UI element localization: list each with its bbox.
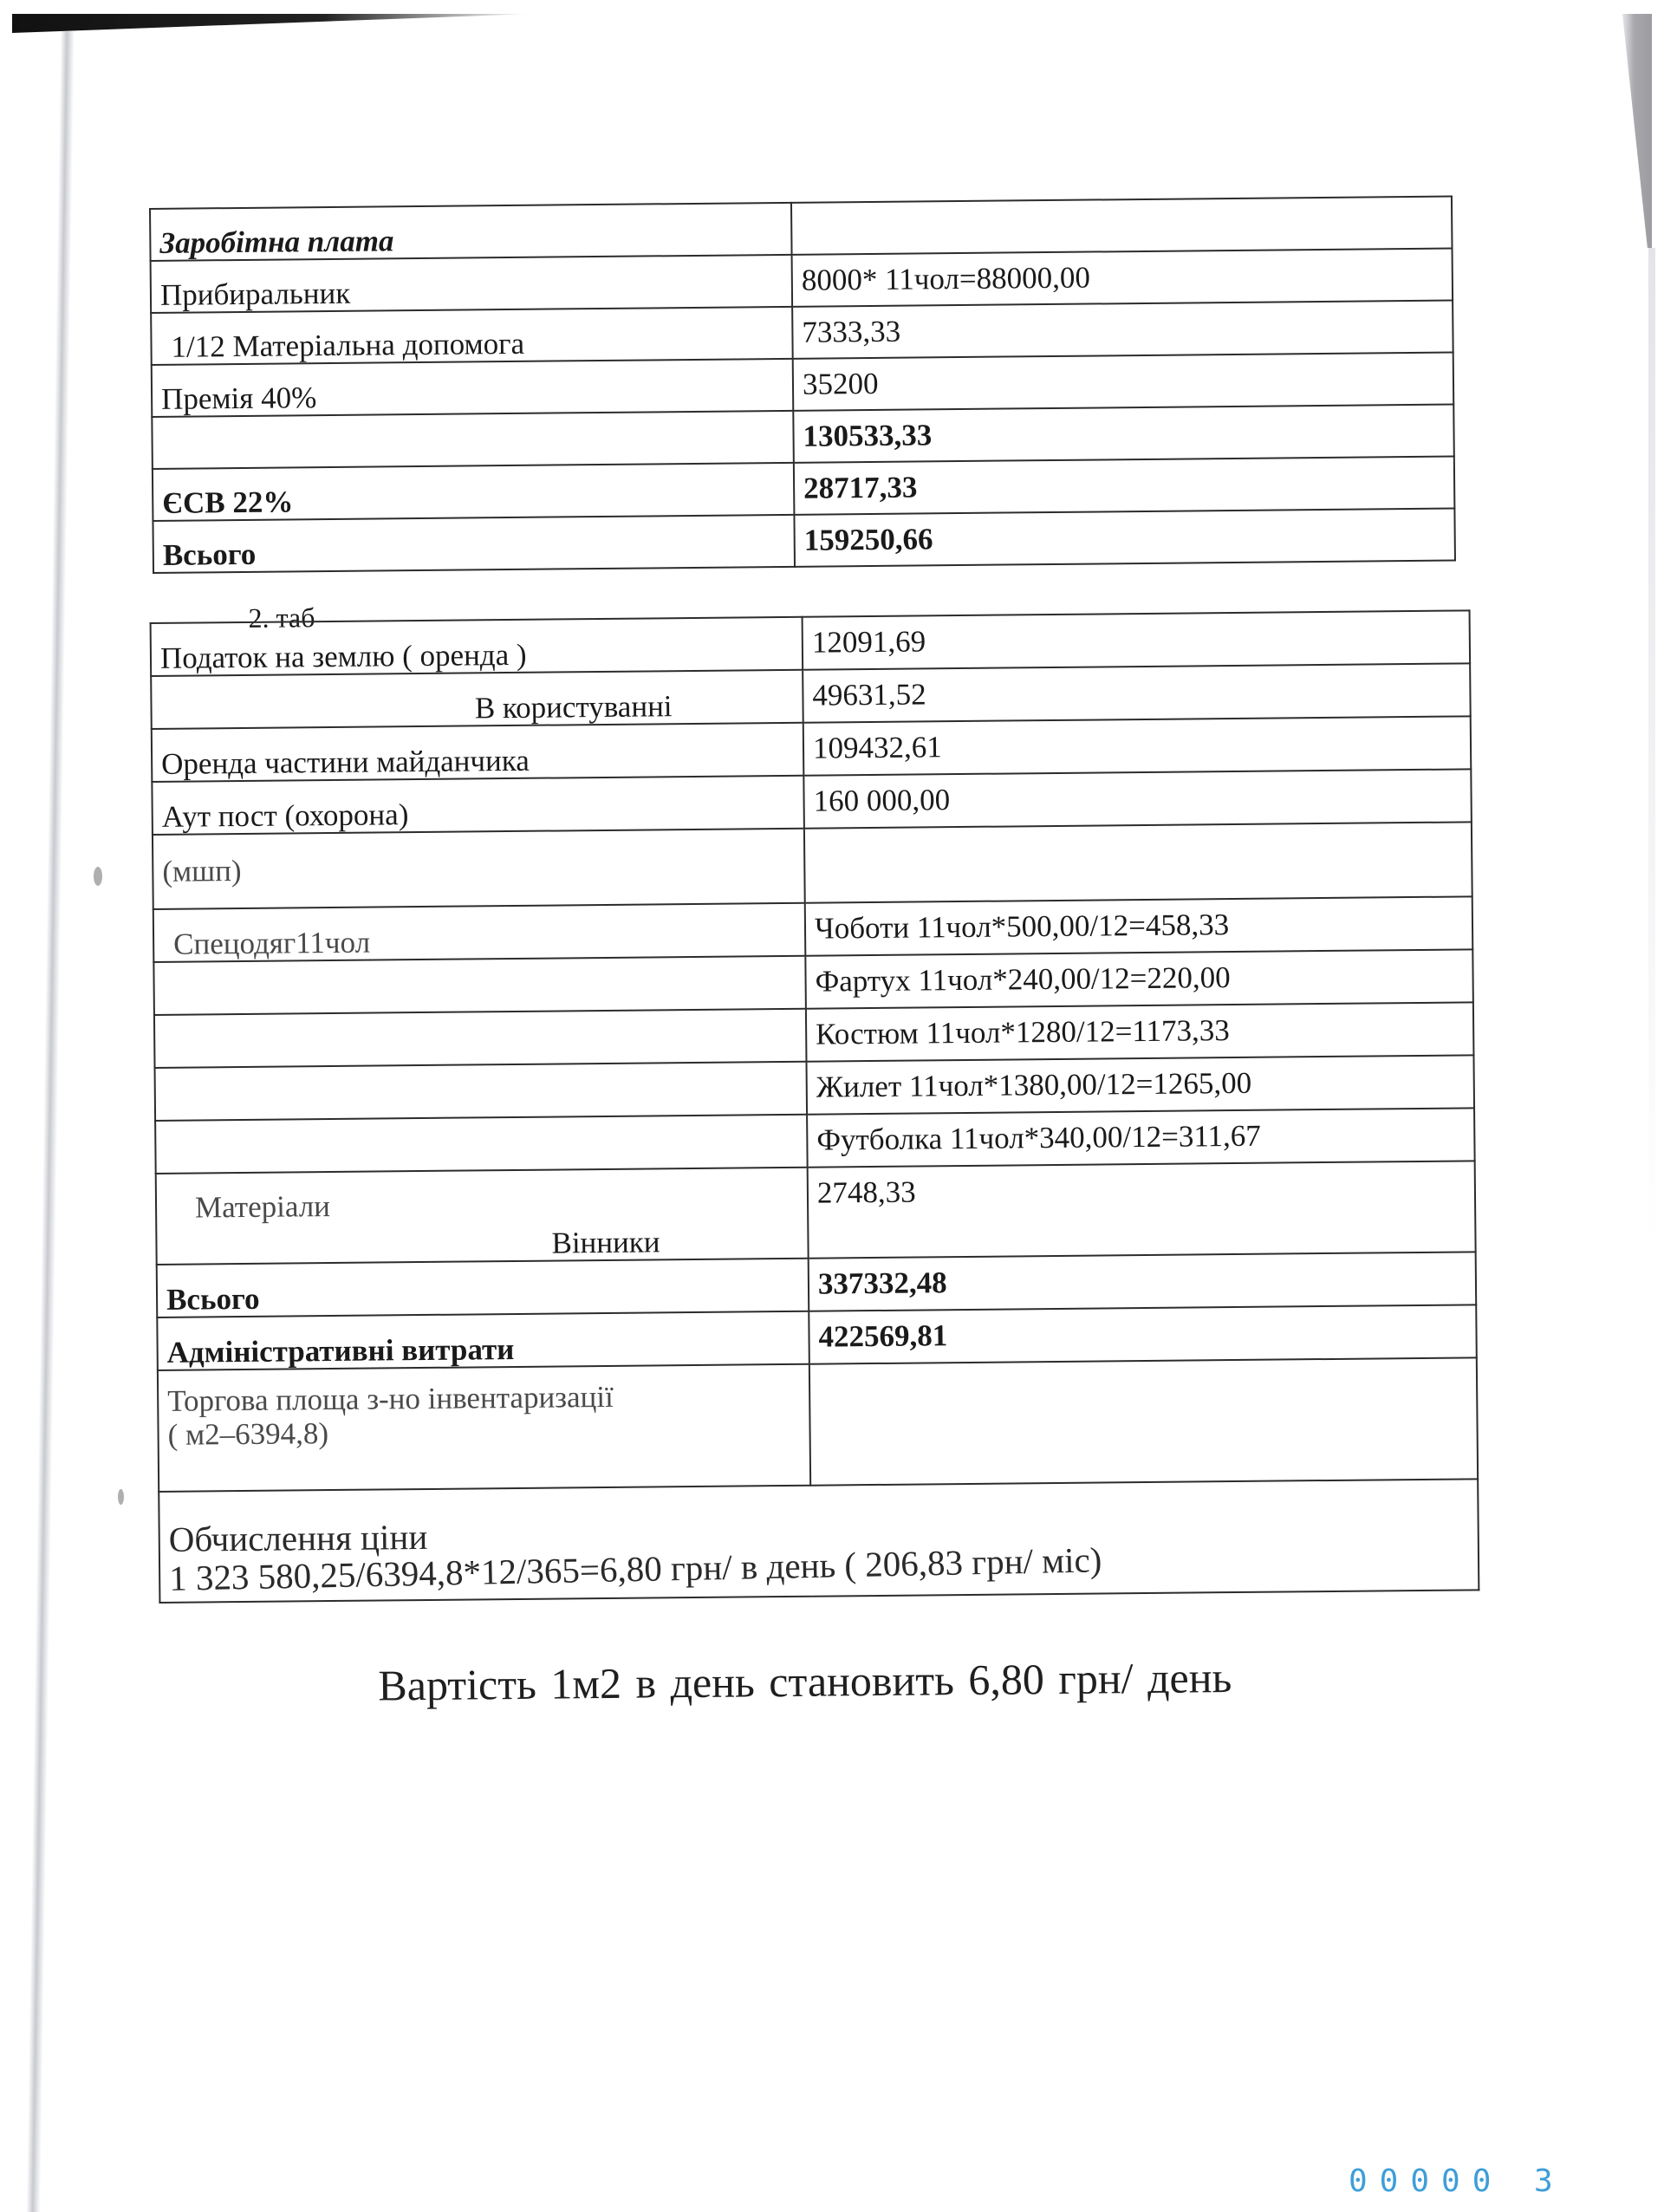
- table-cell-value: 7333,33: [792, 301, 1453, 359]
- trade-area-size: ( м2–6394,8): [167, 1412, 800, 1452]
- table-cell-value: 12091,69: [803, 610, 1471, 669]
- esv-value: 28717,33: [794, 457, 1455, 515]
- materials-cell: Матеріали Вінники: [156, 1168, 809, 1265]
- table-cell-label: Премія 40%: [152, 359, 794, 417]
- table-cell-value: 160 000,00: [803, 769, 1472, 828]
- table-cell-label: Всього: [153, 515, 795, 573]
- table-cell-label: Аут пост (охорона): [152, 776, 804, 835]
- table-cell-label: В користуванні: [151, 670, 803, 729]
- in-use-label: В користуванні: [160, 688, 793, 728]
- document-page: Заробітна плата Прибиральник 8000* 11чол…: [0, 0, 1664, 2212]
- table-cell-label: 1/12 Матеріальна допомога: [151, 307, 793, 365]
- table-cell-value: [791, 197, 1453, 255]
- table-row: Обчислення ціни 1 323 580,25/6394,8*12/3…: [159, 1479, 1479, 1603]
- materials-sublabel: Вінники: [166, 1224, 798, 1264]
- table-row: (мшп): [153, 822, 1472, 909]
- admin-expenses-value: 422569,81: [809, 1304, 1477, 1363]
- table-cell-value: 49631,52: [803, 663, 1471, 722]
- table-cell-value: 109432,61: [803, 716, 1472, 775]
- table-cell-label: Оренда частини майданчика: [152, 723, 804, 782]
- table-cell-label: Прибиральник: [151, 255, 793, 313]
- workwear-item: Костюм 11чол*1280/12=1173,33: [806, 1002, 1474, 1061]
- materials-label: Матеріали: [166, 1186, 798, 1226]
- workwear-item: Фартух 11чол*240,00/12=220,00: [805, 949, 1473, 1008]
- table-row: Матеріали Вінники 2748,33: [156, 1161, 1476, 1265]
- workwear-label: Спецодяг11чол: [153, 903, 806, 962]
- table-cell-value: 8000* 11чол=88000,00: [792, 249, 1453, 307]
- table-cell-empty: [155, 1115, 808, 1174]
- table-cell-empty: [153, 956, 806, 1015]
- workwear-item: Чоботи 11чол*500,00/12=458,33: [805, 896, 1473, 955]
- table-cell-value: [804, 822, 1472, 902]
- table-cell-label: Податок на землю ( оренда ): [151, 617, 803, 676]
- table-cell-label: Адміністративні витрати: [157, 1311, 809, 1370]
- table-cell-value: 35200: [793, 353, 1454, 411]
- workwear-item: Футболка 11чол*340,00/12=311,67: [807, 1108, 1475, 1167]
- price-calculation-cell: Обчислення ціни 1 323 580,25/6394,8*12/3…: [159, 1479, 1479, 1603]
- table-cell-empty: [155, 1062, 808, 1121]
- expenses-total-value: 337332,48: [809, 1252, 1477, 1311]
- table-cell-label: Всього: [157, 1259, 809, 1317]
- table-cell-empty: [154, 1009, 807, 1068]
- page-number-stamp: 00000 3: [1349, 2163, 1565, 2199]
- table-row: Торгова площа з-но інвентаризації ( м2–6…: [158, 1357, 1478, 1492]
- table-cell-label: [152, 411, 794, 469]
- expenses-table: Податок на землю ( оренда ) 12091,69 В к…: [150, 609, 1480, 1604]
- summary-statement: Вартість 1м2 в день становить 6,80 грн/ …: [378, 1652, 1232, 1710]
- salary-total-value: 159250,66: [794, 509, 1455, 567]
- subtotal-value: 130533,33: [793, 405, 1454, 463]
- salary-section-title: Заробітна плата: [150, 203, 792, 261]
- salary-table: Заробітна плата Прибиральник 8000* 11чол…: [149, 196, 1456, 574]
- table-cell-value: 2748,33: [808, 1161, 1476, 1258]
- workwear-item: Жилет 11чол*1380,00/12=1265,00: [806, 1055, 1474, 1114]
- table-cell-value: [809, 1357, 1478, 1485]
- trade-area-cell: Торгова площа з-но інвентаризації ( м2–6…: [158, 1364, 810, 1492]
- table-cell-label: (мшп): [153, 829, 805, 909]
- table-cell-label: ЄСВ 22%: [153, 463, 795, 521]
